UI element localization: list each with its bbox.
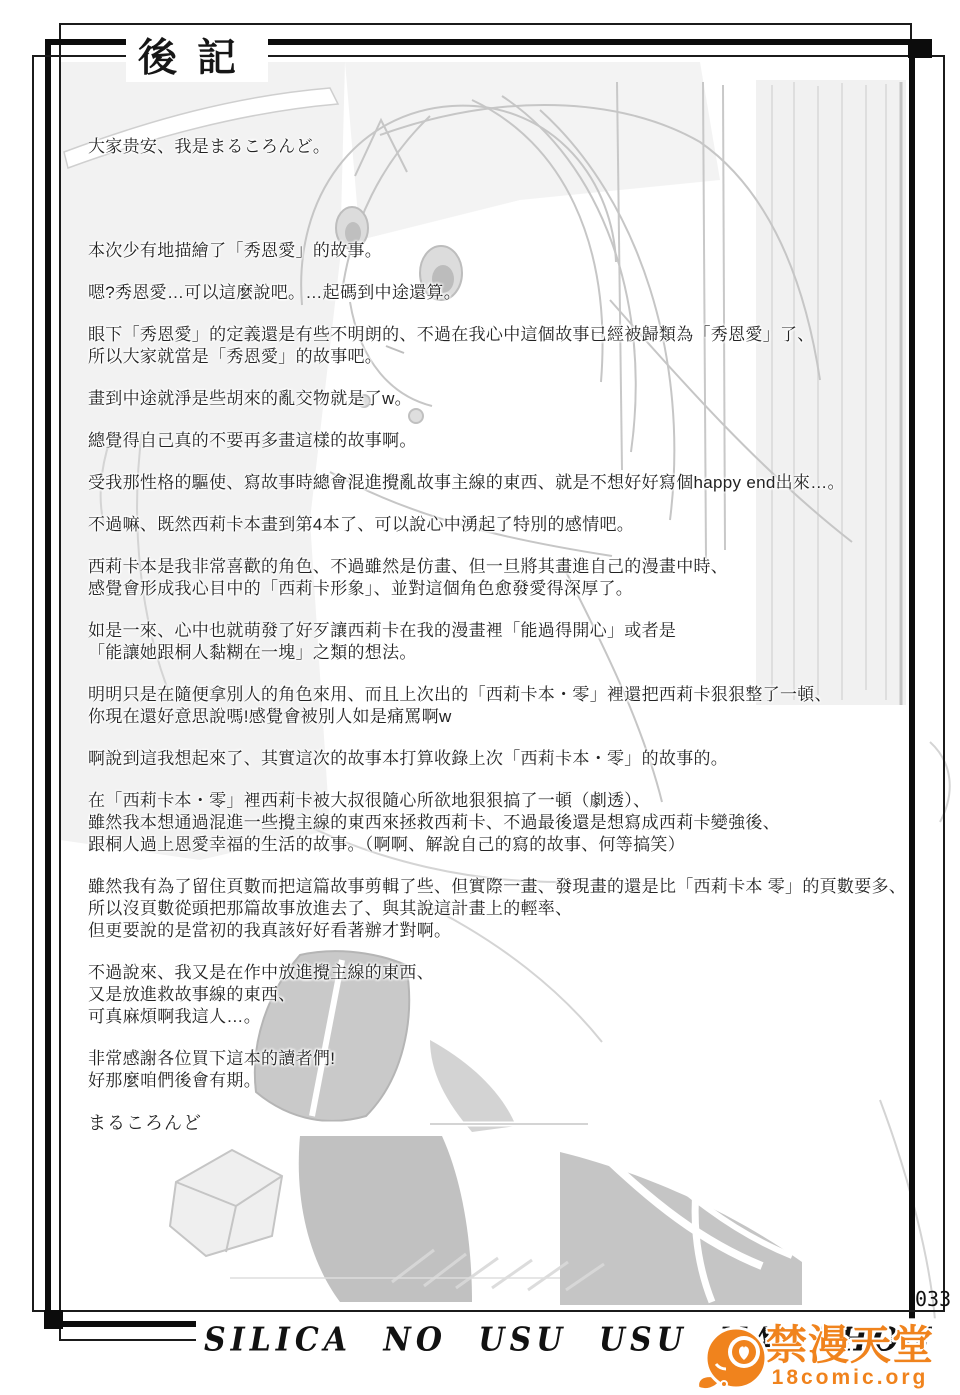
afterword-paragraph: 本次少有地描繪了「秀恩愛」的故事。 (88, 240, 914, 262)
afterword-line: 非常感謝各位買下這本的讀者們! (88, 1048, 914, 1070)
afterword-paragraph: 受我那性格的驅使、寫故事時總會混進攪亂故事主線的東西、就是不想好好寫個happy… (88, 472, 914, 494)
afterword-line: 眼下「秀恩愛」的定義還是有些不明朗的、不過在我心中這個故事已經被歸類為「秀恩愛」… (88, 324, 914, 346)
afterword-line: 所以大家就當是「秀恩愛」的故事吧。 (88, 346, 914, 368)
afterword-paragraph: 雖然我有為了留住頁數而把這篇故事剪輯了些、但實際一畫、發現畫的還是比「西莉卡本 … (88, 876, 914, 942)
afterword-line: 本次少有地描繪了「秀恩愛」的故事。 (88, 240, 914, 262)
afterword-line: 嗯?秀恩愛…可以這麼說吧。…起碼到中途還算。 (88, 282, 914, 304)
afterword-line: 「能讓她跟桐人黏糊在一塊」之類的想法。 (88, 642, 914, 664)
afterword-line: 西莉卡本是我非常喜歡的角色、不過雖然是仿畫、但一旦將其畫進自己的漫畫中時、 (88, 556, 914, 578)
frame-corner-block-top-right (908, 39, 932, 58)
afterword-line: 啊說到這我想起來了、其實這次的故事本打算收錄上次「西莉卡本・零」的故事的。 (88, 748, 914, 770)
afterword-line: 所以沒頁數從頭把那篇故事放進去了、與其說這計畫上的輕率、 (88, 898, 914, 920)
afterword-line: 可真麻煩啊我這人…。 (88, 1006, 914, 1028)
afterword-line: 不過說來、我又是在作中放進攪主線的東西、 (88, 962, 914, 984)
afterword-line: 又是放進救故事線的東西、 (88, 984, 914, 1006)
watermark-logo: 禁漫天堂 18comic.org (694, 1324, 934, 1395)
watermark-site-name: 禁漫天堂 (766, 1324, 934, 1366)
afterword-line: 大家贵安、我是まるころんど。 (88, 136, 914, 158)
afterword-line: 總覺得自己真的不要再多畫這樣的故事啊。 (88, 430, 914, 452)
afterword-page: 後記 大家贵安、我是まるころんど。本次少有地描繪了「秀恩愛」的故事。嗯?秀恩愛…… (0, 0, 960, 1395)
author-signature: まるころんど (88, 1112, 914, 1134)
frame-corner-block-bottom-left (44, 1310, 63, 1329)
afterword-line: 跟桐人過上恩愛幸福的生活的故事。（啊啊、解說自己的寫的故事、何等搞笑） (88, 834, 914, 856)
afterword-paragraph: 明明只是在隨便拿別人的角色來用、而且上次出的「西莉卡本・零」裡還把西莉卡狠狠整了… (88, 684, 914, 728)
afterword-line: 好那麼咱們後會有期。 (88, 1070, 914, 1092)
afterword-paragraph: 西莉卡本是我非常喜歡的角色、不過雖然是仿畫、但一旦將其畫進自己的漫畫中時、感覺會… (88, 556, 914, 600)
afterword-line: 明明只是在隨便拿別人的角色來用、而且上次出的「西莉卡本・零」裡還把西莉卡狠狠整了… (88, 684, 914, 706)
afterword-line: 在「西莉卡本・零」裡西莉卡被大叔很隨心所欲地狠狠搞了一頓（劇透）、 (88, 790, 914, 812)
afterword-text: 大家贵安、我是まるころんど。本次少有地描繪了「秀恩愛」的故事。嗯?秀恩愛…可以這… (88, 136, 914, 1134)
afterword-paragraph: 非常感謝各位買下這本的讀者們!好那麼咱們後會有期。 (88, 1048, 914, 1092)
afterword-paragraph: 在「西莉卡本・零」裡西莉卡被大叔很隨心所欲地狠狠搞了一頓（劇透）、雖然我本想通過… (88, 790, 914, 856)
afterword-paragraph: 不過嘛、既然西莉卡本畫到第4本了、可以說心中湧起了特別的感情吧。 (88, 514, 914, 536)
afterword-paragraph: 畫到中途就淨是些胡來的亂交物就是了w。 (88, 388, 914, 410)
afterword-line: 畫到中途就淨是些胡來的亂交物就是了w。 (88, 388, 914, 410)
afterword-line: 雖然我本想通過混進一些攪主線的東西來拯救西莉卡、不過最後還是想寫成西莉卡變強後、 (88, 812, 914, 834)
afterword-title: 後記 (126, 36, 268, 82)
afterword-paragraphs: 大家贵安、我是まるころんど。本次少有地描繪了「秀恩愛」的故事。嗯?秀恩愛…可以這… (88, 136, 914, 1092)
afterword-line: 你現在還好意思說嗎!感覺會被別人如是痛罵啊w (88, 706, 914, 728)
afterword-line: 受我那性格的驅使、寫故事時總會混進攪亂故事主線的東西、就是不想好好寫個happy… (88, 472, 914, 494)
afterword-paragraph: 眼下「秀恩愛」的定義還是有些不明朗的、不過在我心中這個故事已經被歸類為「秀恩愛」… (88, 324, 914, 368)
afterword-paragraph: 如是一來、心中也就萌發了好歹讓西莉卡在我的漫畫裡「能過得開心」或者是「能讓她跟桐… (88, 620, 914, 664)
afterword-paragraph: 啊說到這我想起來了、其實這次的故事本打算收錄上次「西莉卡本・零」的故事的。 (88, 748, 914, 770)
afterword-paragraph: 大家贵安、我是まるころんど。 (88, 136, 914, 158)
afterword-line: 雖然我有為了留住頁數而把這篇故事剪輯了些、但實際一畫、發現畫的還是比「西莉卡本 … (88, 876, 914, 898)
watermark-text: 禁漫天堂 18comic.org (766, 1324, 934, 1390)
afterword-line: 如是一來、心中也就萌發了好歹讓西莉卡在我的漫畫裡「能過得開心」或者是 (88, 620, 914, 642)
watermark-site-url: 18comic.org (772, 1366, 929, 1390)
afterword-paragraph: 嗯?秀恩愛…可以這麼說吧。…起碼到中途還算。 (88, 282, 914, 304)
afterword-paragraph: 不過說來、我又是在作中放進攪主線的東西、又是放進救故事線的東西、可真麻煩啊我這人… (88, 962, 914, 1028)
page-number: 033 (915, 1287, 951, 1311)
afterword-line: 感覺會形成我心目中的「西莉卡形象」、並對這個角色愈發愛得深厚了。 (88, 578, 914, 600)
afterword-paragraph: 總覺得自己真的不要再多畫這樣的故事啊。 (88, 430, 914, 452)
afterword-line: 但更要說的是當初的我真該好好看著辦才對啊。 (88, 920, 914, 942)
afterword-line: 不過嘛、既然西莉卡本畫到第4本了、可以說心中湧起了特別的感情吧。 (88, 514, 914, 536)
orange-bird-mascot-icon (694, 1324, 772, 1395)
